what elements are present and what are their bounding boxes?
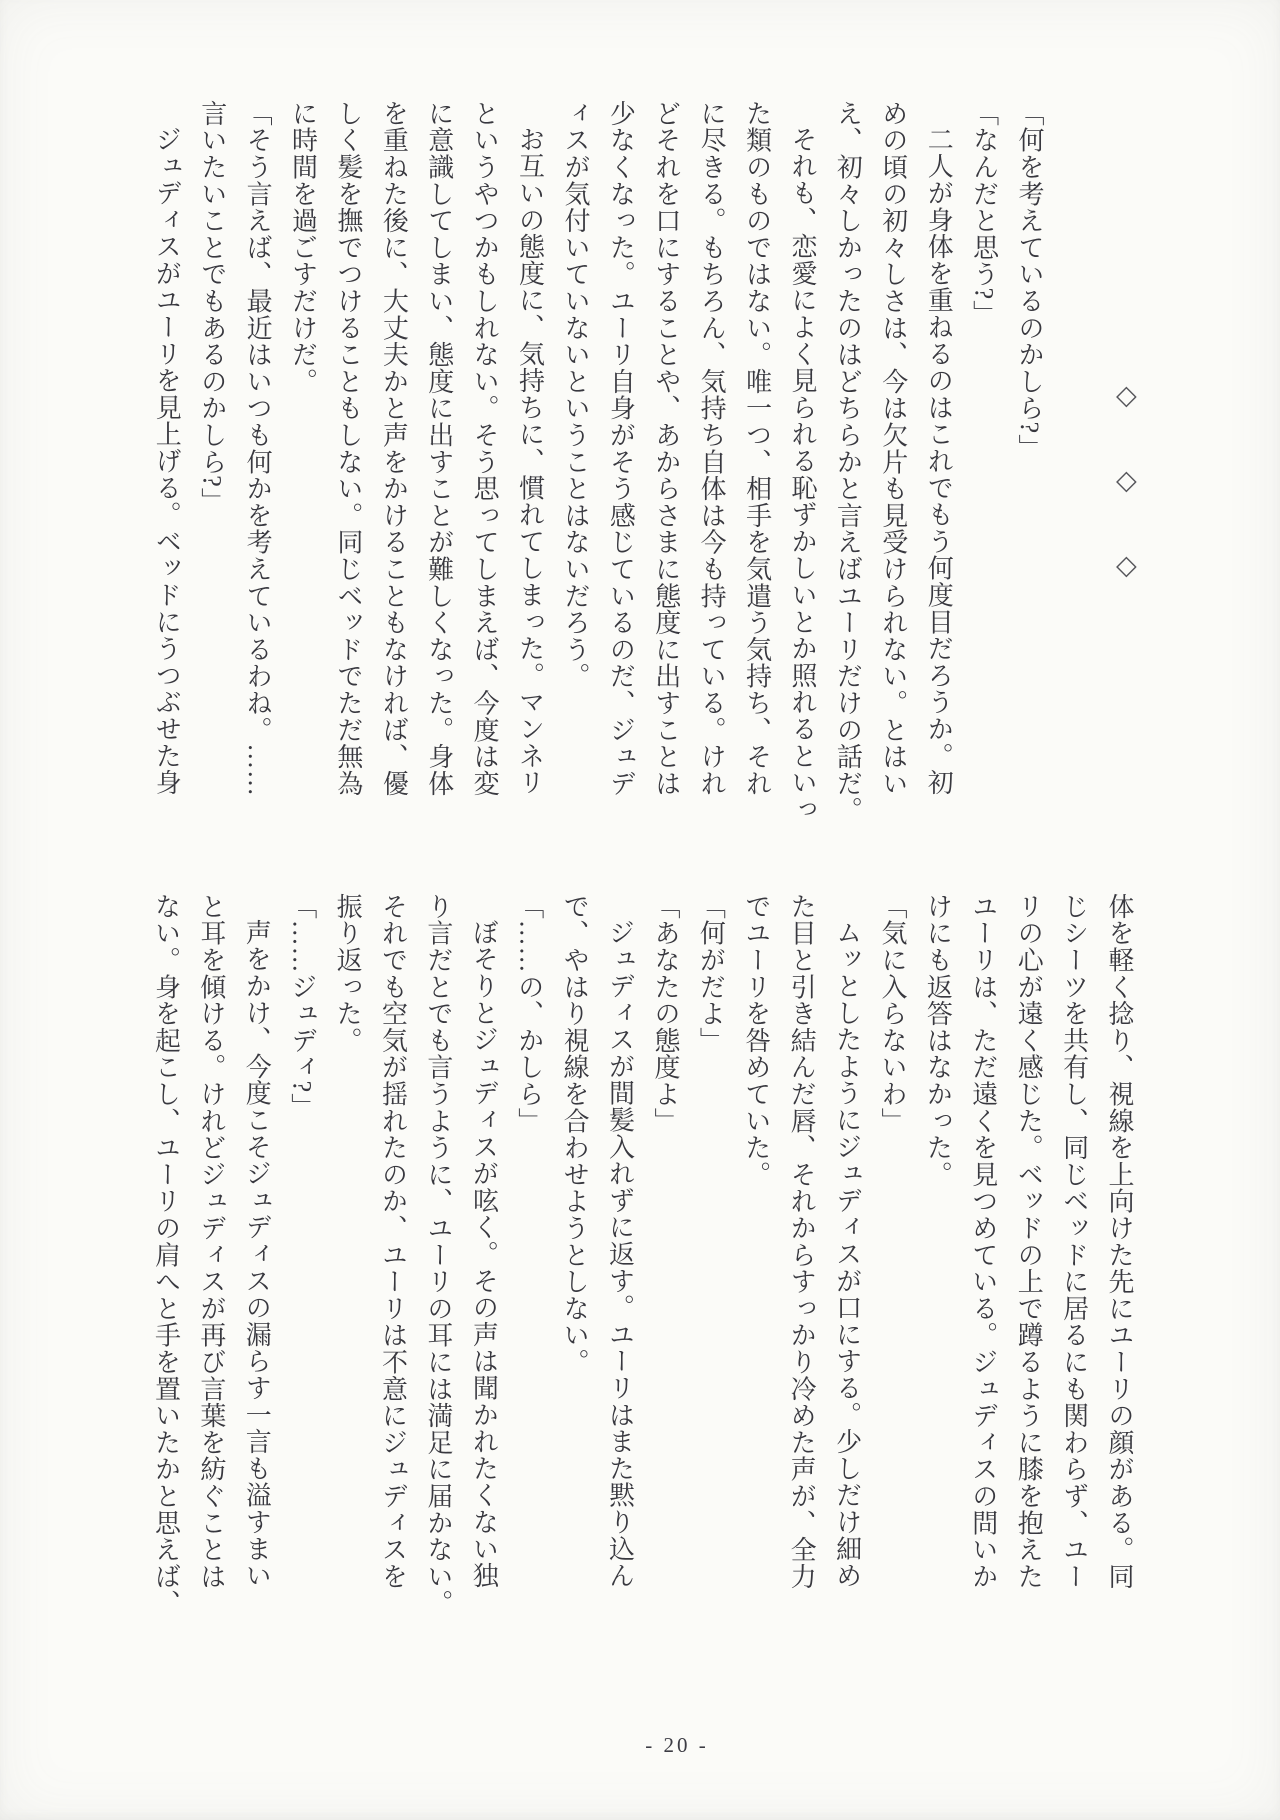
text-column: けにも返答はなかった。 bbox=[915, 893, 960, 1633]
section-separator: ◇ ◇ ◇ bbox=[1116, 382, 1137, 579]
text-column: 言いたいことでもあるのかしら?」 bbox=[189, 100, 234, 848]
text-column: を重ねた後に、大丈夫かと声をかけることもなければ、優 bbox=[371, 100, 416, 848]
text-column: ユーリは、ただ遠くを見つめている。ジュディスの問いか bbox=[960, 893, 1005, 1633]
text-column: じシーツを共有し、同じベッドに居るにも関わらず、ユー bbox=[1051, 893, 1096, 1633]
text-column: どそれを口にすることや、あからさまに態度に出すことは bbox=[643, 100, 688, 848]
text-column: と耳を傾ける。けれどジュディスが再び言葉を紡ぐことは bbox=[188, 893, 233, 1633]
text-column: 「あなたの態度よ」 bbox=[643, 893, 688, 1633]
diamond-icon: ◇ bbox=[1116, 552, 1137, 579]
text-column: それも、恋愛によく見られる恥ずかしいとか照れるといっ bbox=[780, 100, 825, 848]
text-column: り言だとでも言うように、ユーリの耳には満足に届かない。 bbox=[416, 893, 461, 1633]
text-column: 声をかけ、今度こそジュディスの漏らす一言も溢すまい bbox=[234, 893, 279, 1633]
text-column: に尽きる。もちろん、気持ち自体は今も持っている。けれ bbox=[689, 100, 734, 848]
text-column: ジュディスが間髪入れずに返す。ユーリはまた黙り込ん bbox=[597, 893, 642, 1633]
text-column: でユーリを咎めていた。 bbox=[733, 893, 778, 1633]
text-column: た類のものではない。唯一つ、相手を気遣う気持ち、それ bbox=[734, 100, 779, 848]
text-column: 「何がだよ」 bbox=[688, 893, 733, 1633]
bottom-text-block: 体を軽く捻り、視線を上向けた先にユーリの顔がある。同じシーツを共有し、同じベッド… bbox=[143, 893, 1142, 1633]
text-column: 体を軽く捻り、視線を上向けた先にユーリの顔がある。同 bbox=[1097, 893, 1142, 1633]
text-column: 「そう言えば、最近はいつも何かを考えているわね。…… bbox=[235, 100, 280, 848]
text-column: え、初々しかったのはどちらかと言えばユーリだけの話だ。 bbox=[825, 100, 870, 848]
text-column: 少なくなった。ユーリ自身がそう感じているのだ、ジュデ bbox=[598, 100, 643, 848]
text-column: というやつかもしれない。そう思ってしまえば、今度は変 bbox=[462, 100, 507, 848]
text-column: で、やはり視線を合わせようとしない。 bbox=[552, 893, 597, 1633]
text-column: ぼそりとジュディスが呟く。その声は聞かれたくない独 bbox=[461, 893, 506, 1633]
text-column: めの頃の初々しさは、今は欠片も見受けられない。とはい bbox=[870, 100, 915, 848]
text-column: 「……の、かしら」 bbox=[506, 893, 551, 1633]
text-column: それでも空気が揺れたのか、ユーリは不意にジュディスを bbox=[370, 893, 415, 1633]
text-column: 振り返った。 bbox=[325, 893, 370, 1633]
text-column: 「なんだと思う?」 bbox=[961, 100, 1006, 848]
text-column: ない。身を起こし、ユーリの肩へと手を置いたかと思えば、 bbox=[143, 893, 188, 1633]
diamond-icon: ◇ bbox=[1116, 382, 1137, 409]
text-column: ジュディスがユーリを見上げる。ベッドにうつぶせた身 bbox=[144, 100, 189, 848]
text-column: た目と引き結んだ唇、それからすっかり冷めた声が、全力 bbox=[779, 893, 824, 1633]
text-column: 「何を考えているのかしら?」 bbox=[1007, 100, 1052, 848]
text-column: に時間を過ごすだけだ。 bbox=[280, 100, 325, 848]
scanned-novel-page: ◇ ◇ ◇ 「何を考えているのかしら?」「なんだと思う?」二人が身体を重ねるのは… bbox=[0, 0, 1280, 1820]
diamond-icon: ◇ bbox=[1116, 467, 1137, 494]
text-column: に意識してしまい、態度に出すことが難しくなった。身体 bbox=[416, 100, 461, 848]
text-column: しく髪を撫でつけることもしない。同じベッドでただ無為 bbox=[326, 100, 371, 848]
text-column: リの心が遠く感じた。ベッドの上で蹲るように膝を抱えた bbox=[1006, 893, 1051, 1633]
text-column: ィスが気付いていないということはないだろう。 bbox=[553, 100, 598, 848]
page-number: - 20 - bbox=[645, 1733, 709, 1758]
text-column: ムッとしたようにジュディスが口にする。少しだけ細め bbox=[824, 893, 869, 1633]
text-column: 「……ジュディ?」 bbox=[279, 893, 324, 1633]
text-column: 二人が身体を重ねるのはこれでもう何度目だろうか。初 bbox=[916, 100, 961, 848]
top-text-block: 「何を考えているのかしら?」「なんだと思う?」二人が身体を重ねるのはこれでもう何… bbox=[144, 100, 1052, 848]
text-column: 「気に入らないわ」 bbox=[870, 893, 915, 1633]
text-column: お互いの態度に、気持ちに、慣れてしまった。マンネリ bbox=[507, 100, 552, 848]
